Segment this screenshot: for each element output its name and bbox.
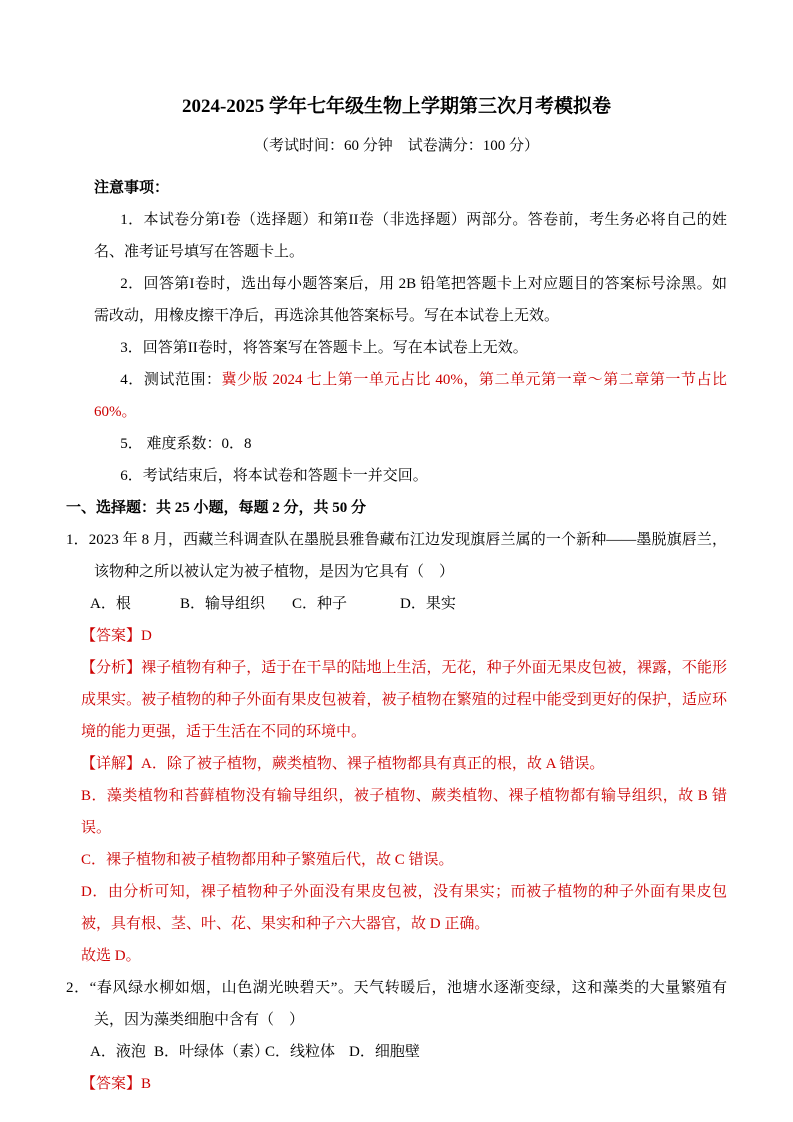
notice-item-1: 1．本试卷分第I卷（选择题）和第II卷（非选择题）两部分。答卷前，考生务必将自己… xyxy=(94,204,727,268)
question-2-option-d: D．细胞壁 xyxy=(349,1036,420,1068)
question-1-option-a: A．根 xyxy=(90,588,180,620)
question-2-answer-row: 【答案】B xyxy=(81,1068,727,1100)
question-1-option-c: C．种子 xyxy=(292,588,400,620)
question-1-option-b: B．输导组织 xyxy=(180,588,292,620)
detail-label: 【详解】 xyxy=(81,756,141,772)
notice-item-4-label: 4．测试范围： xyxy=(120,372,221,388)
question-1-analysis-text: 裸子植物有种子，适于在干旱的陆地上生活，无花，种子外面无果皮包被，裸露，不能形成… xyxy=(81,660,727,740)
question-2: 2．“春风绿水柳如烟，山色湖光映碧天”。天气转暖后，池塘水逐渐变绿，这和藻类的大… xyxy=(66,972,727,1100)
question-1-answer-value: D xyxy=(141,628,152,644)
question-1-options: A．根B．输导组织C．种子D．果实 xyxy=(90,588,727,620)
notice-heading: 注意事项： xyxy=(94,172,727,204)
page-subtitle: （考试时间：60 分钟 试卷满分：100 分） xyxy=(66,130,727,162)
question-2-option-b: B．叶绿体（素） xyxy=(154,1036,265,1068)
notice-item-4: 4．测试范围：冀少版 2024 七上第一单元占比 40%，第二单元第一章～第二章… xyxy=(94,364,727,428)
page-title: 2024-2025 学年七年级生物上学期第三次月考模拟卷 xyxy=(66,90,727,124)
question-1-detail-a-text: A．除了被子植物，蕨类植物、裸子植物都具有真正的根，故 A 错误。 xyxy=(141,756,604,772)
question-1: 1．2023 年 8 月，西藏兰科调查队在墨脱县雅鲁藏布江边发现旗唇兰属的一个新… xyxy=(66,524,727,972)
notice-item-3: 3．回答第II卷时，将答案写在答题卡上。写在本试卷上无效。 xyxy=(94,332,727,364)
answer-label: 【答案】 xyxy=(81,628,141,644)
notice-item-5: 5． 难度系数：0．8 xyxy=(94,428,727,460)
answer-label: 【答案】 xyxy=(81,1076,141,1092)
exam-paper-page: 2024-2025 学年七年级生物上学期第三次月考模拟卷 （考试时间：60 分钟… xyxy=(0,0,793,1122)
question-1-detail-d: D．由分析可知，裸子植物种子外面没有果皮包被，没有果实；而被子植物的种子外面有果… xyxy=(81,876,727,940)
question-2-stem: 2．“春风绿水柳如烟，山色湖光映碧天”。天气转暖后，池塘水逐渐变绿，这和藻类的大… xyxy=(66,972,727,1036)
question-2-option-c: C．线粒体 xyxy=(265,1036,349,1068)
question-2-option-a: A．液泡 xyxy=(90,1036,154,1068)
section-heading-choice: 一、选择题：共 25 小题，每题 2 分，共 50 分 xyxy=(66,492,727,524)
question-2-options: A．液泡B．叶绿体（素）C．线粒体D．细胞壁 xyxy=(90,1036,727,1068)
question-1-detail-c: C．裸子植物和被子植物都用种子繁殖后代，故 C 错误。 xyxy=(81,844,727,876)
question-1-stem: 1．2023 年 8 月，西藏兰科调查队在墨脱县雅鲁藏布江边发现旗唇兰属的一个新… xyxy=(66,524,727,588)
question-1-analysis: 【分析】裸子植物有种子，适于在干旱的陆地上生活，无花，种子外面无果皮包被，裸露，… xyxy=(81,652,727,748)
question-1-detail-a: 【详解】A．除了被子植物，蕨类植物、裸子植物都具有真正的根，故 A 错误。 xyxy=(81,748,727,780)
question-2-answer-value: B xyxy=(141,1076,151,1092)
question-1-answer-row: 【答案】D xyxy=(81,620,727,652)
question-1-conclusion: 故选 D。 xyxy=(81,940,727,972)
notice-item-2: 2．回答第I卷时，选出每小题答案后，用 2B 铅笔把答题卡上对应题目的答案标号涂… xyxy=(94,268,727,332)
question-1-detail-b: B．藻类植物和苔藓植物没有输导组织，被子植物、蕨类植物、裸子植物都有输导组织，故… xyxy=(81,780,727,844)
notice-item-6: 6．考试结束后，将本试卷和答题卡一并交回。 xyxy=(94,460,727,492)
question-1-option-d: D．果实 xyxy=(400,588,456,620)
analysis-label: 【分析】 xyxy=(81,660,141,676)
